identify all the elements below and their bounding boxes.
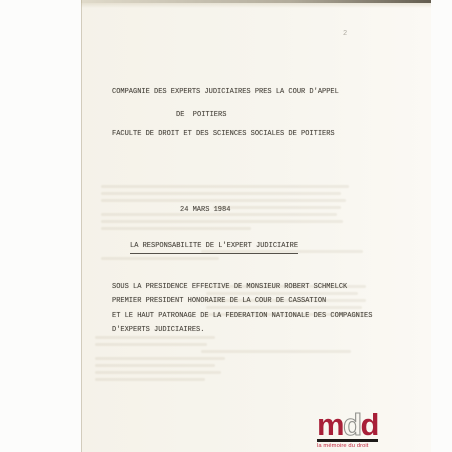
organization-line-3: FACULTE DE DROIT ET DES SCIENCES SOCIALE… [112, 130, 335, 139]
logo-tagline: la mémoire du droit [317, 443, 380, 450]
document-title: LA RESPONSABILITE DE L'EXPERT JUDICIAIRE [130, 242, 298, 254]
body-line: PREMIER PRESIDENT HONORAIRE DE LA COUR D… [112, 297, 326, 306]
document-page: 2 COMPAGNIE DES EXPERTS JUDICIAIRES PRES… [81, 0, 431, 452]
organization-line-1: COMPAGNIE DES EXPERTS JUDICIAIRES PRES L… [112, 88, 339, 97]
logo-letter-d1: d [343, 407, 360, 442]
page-number: 2 [343, 30, 347, 38]
body-line: ET LE HAUT PATRONAGE DE LA FEDERATION NA… [112, 312, 372, 321]
document-date: 24 MARS 1984 [180, 206, 230, 215]
body-line: SOUS LA PRESIDENCE EFFECTIVE DE MONSIEUR… [112, 283, 347, 292]
mdd-watermark-logo: mdd la mémoire du droit [317, 411, 380, 450]
logo-letter-d2: d [361, 407, 378, 442]
mdd-logo-letters: mdd [317, 411, 380, 438]
scanned-document-view: 2 COMPAGNIE DES EXPERTS JUDICIAIRES PRES… [0, 0, 452, 452]
body-line: D'EXPERTS JUDICIAIRES. [112, 326, 204, 335]
page-top-scan-fade [81, 3, 431, 8]
logo-letter-m: m [317, 407, 343, 442]
organization-line-2: DE POITIERS [176, 111, 226, 120]
